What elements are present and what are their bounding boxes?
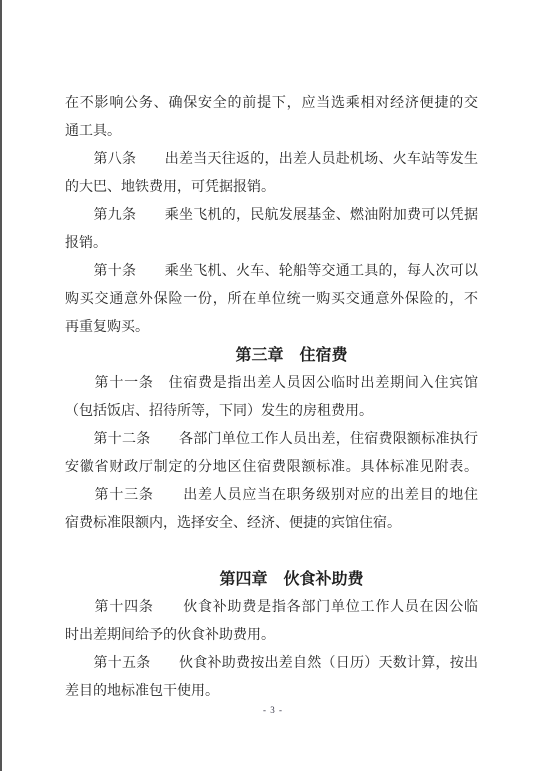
text-line: 的大巴、地铁费用，可凭据报销。	[65, 174, 478, 202]
text-line: 第十二条 各部门单位工作人员出差，住宿费限额标准执行	[65, 426, 478, 454]
text-line: 购买交通意外保险一份，所在单位统一购买交通意外保险的，不	[65, 286, 478, 314]
text-line: 通工具。	[65, 118, 478, 146]
text-line: 在不影响公务、确保安全的前提下，应当选乘相对经济便捷的交	[65, 90, 478, 118]
chapter-heading: 第四章 伙食补助费	[85, 566, 498, 594]
text-line: 第十四条 伙食补助费是指各部门单位工作人员在因公临	[65, 594, 478, 622]
text-line: 报销。	[65, 230, 478, 258]
chapter-heading: 第三章 住宿费	[85, 342, 498, 370]
document-content: 在不影响公务、确保安全的前提下，应当选乘相对经济便捷的交通工具。 第八条 出差当…	[65, 90, 478, 706]
text-line: 第十三条 出差人员应当在职务级别对应的出差目的地住	[65, 482, 478, 510]
text-line: （包括饭店、招待所等，下同）发生的房租费用。	[65, 398, 478, 426]
text-line: 安徽省财政厅制定的分地区住宿费限额标准。具体标准见附表。	[65, 454, 478, 482]
document-page: 在不影响公务、确保安全的前提下，应当选乘相对经济便捷的交通工具。 第八条 出差当…	[0, 0, 546, 771]
text-line: 宿费标准限额内，选择安全、经济、便捷的宾馆住宿。	[65, 510, 478, 538]
text-line: 再重复购买。	[65, 314, 478, 342]
page-left-edge-line	[0, 0, 2, 771]
text-line: 第十五条 伙食补助费按出差自然（日历）天数计算，按出	[65, 650, 478, 678]
text-line: 第十条 乘坐飞机、火车、轮船等交通工具的，每人次可以	[65, 258, 478, 286]
text-line: 第十一条 住宿费是指出差人员因公临时出差期间入住宾馆	[65, 370, 478, 398]
text-line: 第九条 乘坐飞机的，民航发展基金、燃油附加费可以凭据	[65, 202, 478, 230]
text-line: 时出差期间给予的伙食补助费用。	[65, 622, 478, 650]
text-line: 第八条 出差当天往返的，出差人员赴机场、火车站等发生	[65, 146, 478, 174]
page-number: - 3 -	[0, 702, 546, 718]
blank-line	[65, 538, 478, 566]
